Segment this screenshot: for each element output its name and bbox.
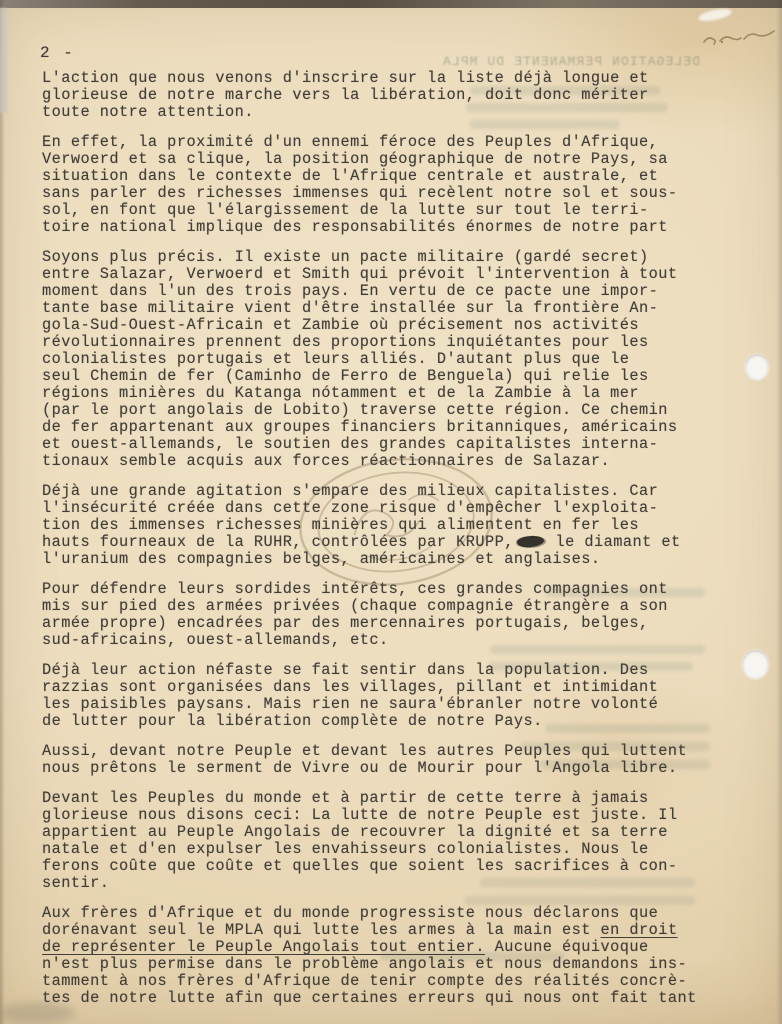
paragraph-text: Aux frères d'Afrique et du monde progres… <box>42 904 658 939</box>
paragraph-5: Pour défendre leurs sordides intérêts, c… <box>42 581 742 649</box>
paragraph-3: Soyons plus précis. Il existe un pacte m… <box>42 249 742 470</box>
ghost-bleed-header: DELEGATION PERMANENTE DU MPLA <box>438 54 700 69</box>
punch-hole <box>745 354 769 380</box>
paragraph-4: Déjà une grande agitation s'empare des m… <box>42 483 742 568</box>
paragraph-text: Pour défendre leurs sordides intérêts, c… <box>42 580 668 649</box>
document-body: L'action que nous venons d'inscrire sur … <box>42 70 742 1020</box>
scan-edge-left <box>0 0 5 1024</box>
ink-blot-icon <box>516 534 544 548</box>
page-number: 2 - <box>40 44 75 62</box>
paragraph-1: L'action que nous venons d'inscrire sur … <box>42 70 742 121</box>
paragraph-text: Aussi, devant notre Peuple et devant les… <box>42 742 687 777</box>
paragraph-text: Devant les Peuples du monde et à partir … <box>42 789 678 892</box>
paragraph-6: Déjà leur action néfaste se fait sentir … <box>42 662 742 730</box>
paragraph-text: En effet, la proximité d'un ennemi féroc… <box>42 133 678 236</box>
paragraph-9: Aux frères d'Afrique et du monde progres… <box>42 905 742 1007</box>
scanner-background-strip <box>0 8 7 113</box>
paragraph-7: Aussi, devant notre Peuple et devant les… <box>42 743 742 777</box>
punch-hole <box>742 650 769 679</box>
scan-edge-top <box>0 0 782 8</box>
paragraph-text: L'action que nous venons d'inscrire sur … <box>42 69 649 121</box>
pencil-annotation <box>700 24 778 52</box>
paragraph-8: Devant les Peuples du monde et à partir … <box>42 790 742 892</box>
paragraph-2: En effet, la proximité d'un ennemi féroc… <box>42 134 742 236</box>
scanned-document-page: DELEGATION PERMANENTE DU MPLA 2 - L'acti… <box>0 0 782 1024</box>
paper-scuff <box>697 7 732 24</box>
paragraph-text: Déjà leur action néfaste se fait sentir … <box>42 661 658 730</box>
scan-edge-right <box>776 0 782 1024</box>
paragraph-text: Soyons plus précis. Il existe un pacte m… <box>42 248 678 470</box>
